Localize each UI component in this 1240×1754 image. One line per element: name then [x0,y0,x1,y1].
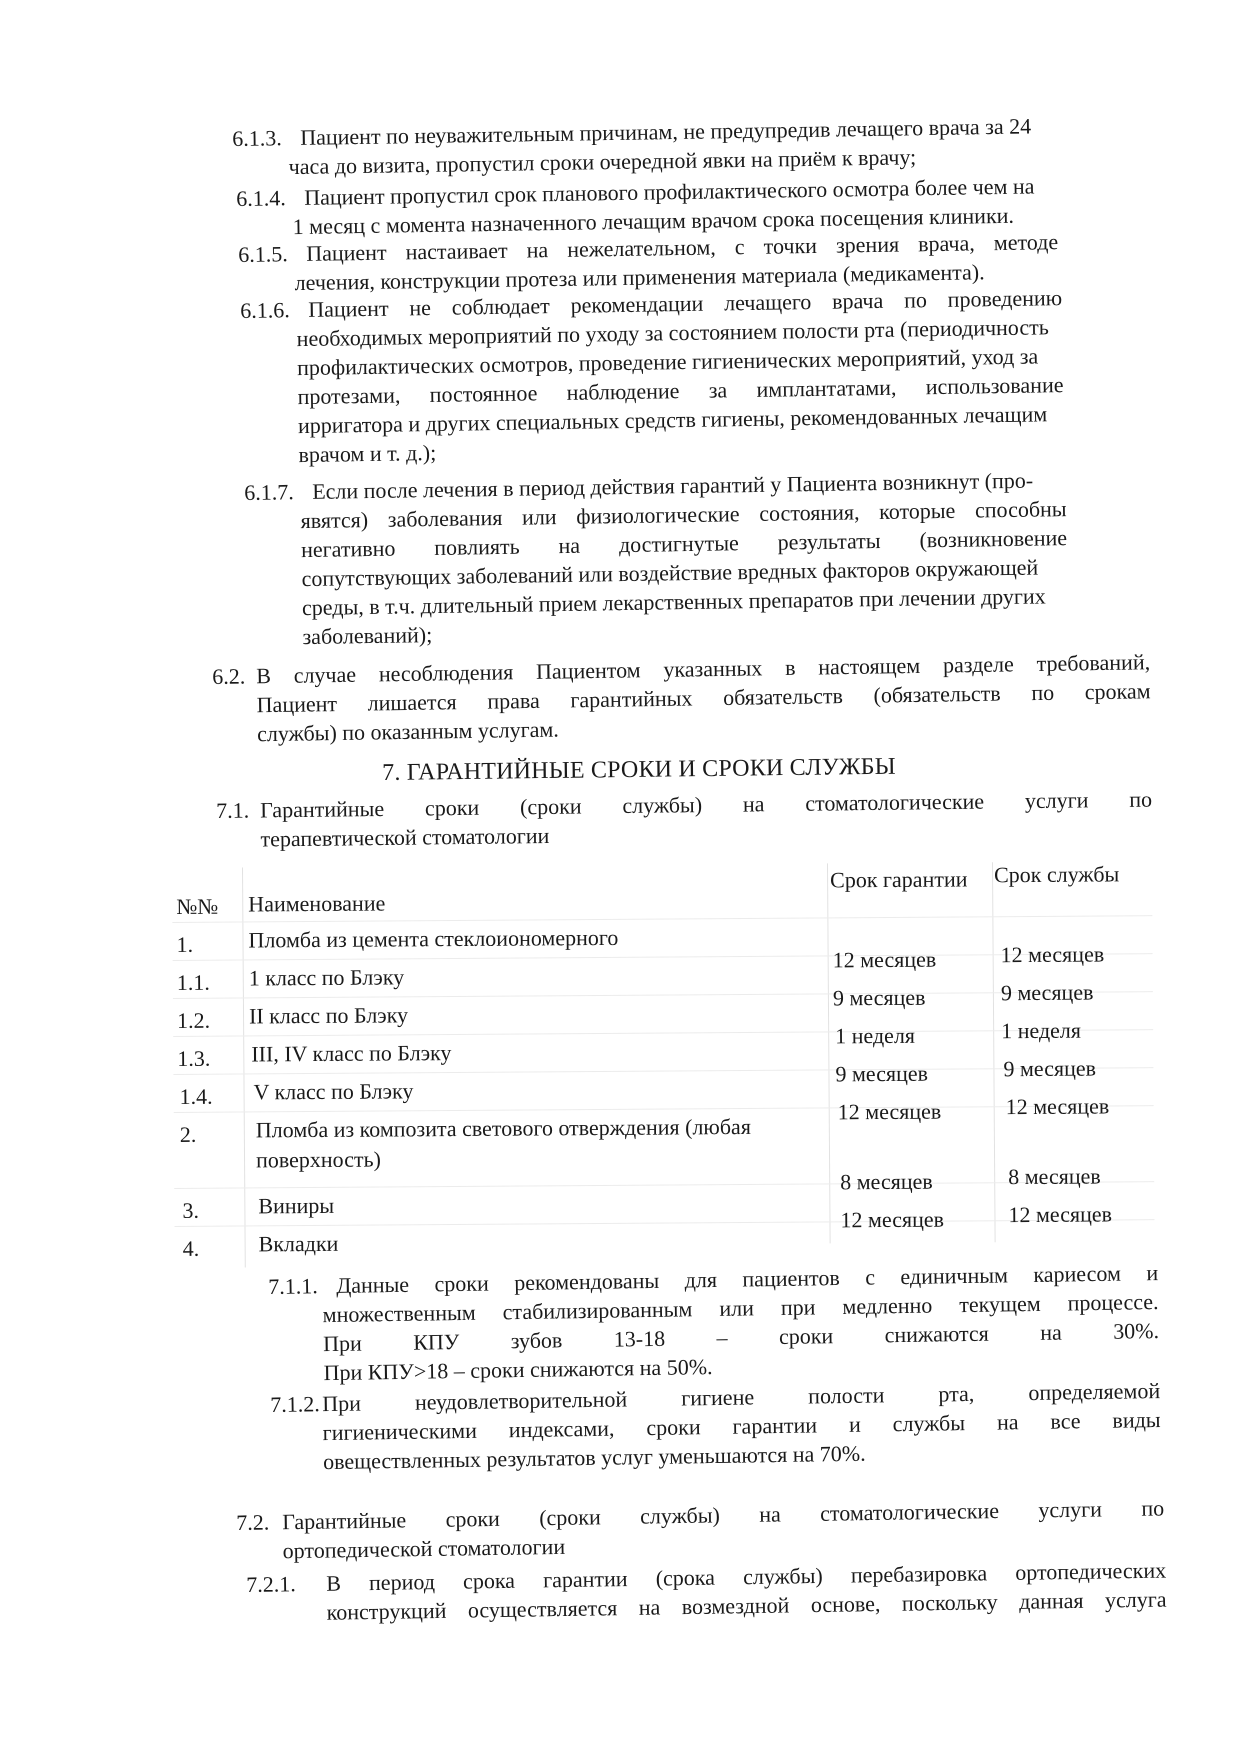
row-2-warranty: 12 месяцев [838,1099,942,1126]
row-2-service: 12 месяцев [1006,1093,1110,1120]
clause-7-2-1: 7.2.1.В период срока гарантии (срока слу… [246,1556,1167,1628]
row-1-3-warranty: 1 неделя [835,1023,915,1050]
section-7-heading: 7. ГАРАНТИЙНЫЕ СРОКИ И СРОКИ СЛУЖБЫ [382,754,896,787]
document-page: 6.1.3.Пациент по неуважительным причинам… [0,0,1240,1754]
clause-number: 6.1.4. [236,183,304,213]
row-1-1-name: 1 класс по Блэку [249,964,405,991]
row-1-1-service: 12 месяцев [1001,941,1105,968]
row-3-name: Виниры [258,1193,334,1220]
row-1-4-service: 9 месяцев [1003,1056,1096,1083]
row-1-2-service: 9 месяцев [1001,980,1094,1007]
header-num: №№ [176,894,218,920]
clause-6-2: 6.2.В случае несоблюдения Пациентом указ… [212,647,1151,749]
row-1-2-warranty: 9 месяцев [833,985,926,1012]
clause-number: 7.1. [216,795,260,825]
clause-6-1-3: 6.1.3.Пациент по неуважительным причинам… [232,111,1053,182]
row-3-num: 3. [182,1198,199,1224]
row-2-num: 2. [180,1122,197,1148]
clause-7-1: 7.1.Гарантийные сроки (сроки службы) на … [216,785,1153,854]
clause-number: 6.1.5. [238,239,306,269]
clause-number: 6.2. [212,661,256,691]
row-2-name-line1: Пломба из композита светового отверждени… [256,1114,751,1143]
row-4-warranty: 12 месяцев [840,1207,944,1234]
row-1-3-num: 1.3. [177,1046,210,1072]
row-3-warranty: 8 месяцев [840,1169,933,1196]
clause-number: 7.2. [236,1507,282,1537]
clause-6-1-7: 6.1.7.Если после лечения в период действ… [244,465,1069,652]
clause-number: 7.1.2. [270,1389,322,1419]
row-4-name: Вкладки [259,1231,339,1258]
row-4-num: 4. [183,1236,200,1262]
header-warranty: Срок гарантии [830,866,968,893]
row-1-4-warranty: 9 месяцев [835,1061,928,1088]
clause-7-1-1: 7.1.1.Данные сроки рекомендованы для пац… [268,1258,1160,1388]
header-service: Срок службы [994,861,1119,888]
row-4-service: 12 месяцев [1008,1201,1112,1228]
row-1-3-service: 1 неделя [1001,1018,1081,1045]
row-1-4-name: V класс по Блэку [253,1078,413,1105]
clause-7-1-2: 7.1.2.При неудовлетворительной гигиене п… [270,1376,1161,1477]
row-2-name-line2: поверхность) [256,1147,381,1174]
clause-number: 6.1.6. [240,295,308,325]
clause-number: 7.2.1. [246,1569,326,1599]
clause-number: 6.1.3. [232,123,300,153]
header-name: Наименование [248,891,385,918]
row-3-service: 8 месяцев [1008,1164,1101,1191]
row-1-2-name: II класс по Блэку [249,1002,408,1029]
clause-6-1-6: 6.1.6.Пациент не соблюдает рекомендации … [240,283,1065,470]
row-1-1-num: 1.1. [177,970,210,996]
clause-number: 6.1.7. [244,477,312,507]
row-1-1-warranty: 12 месяцев [833,947,937,974]
clause-7-2: 7.2.Гарантийные сроки (сроки службы) на … [236,1493,1165,1566]
row-1-2-num: 1.2. [177,1008,210,1034]
row-1-4-num: 1.4. [180,1084,213,1110]
warranty-table: №№ Наименование Срок гарантии Срок служб… [172,861,1155,1268]
row-1-3-name: III, IV класс по Блэку [251,1040,451,1067]
row-1-name: Пломба из цемента стеклоиономерного [248,925,618,954]
row-1-num: 1. [176,932,193,958]
clause-number: 7.1.1. [268,1271,336,1301]
